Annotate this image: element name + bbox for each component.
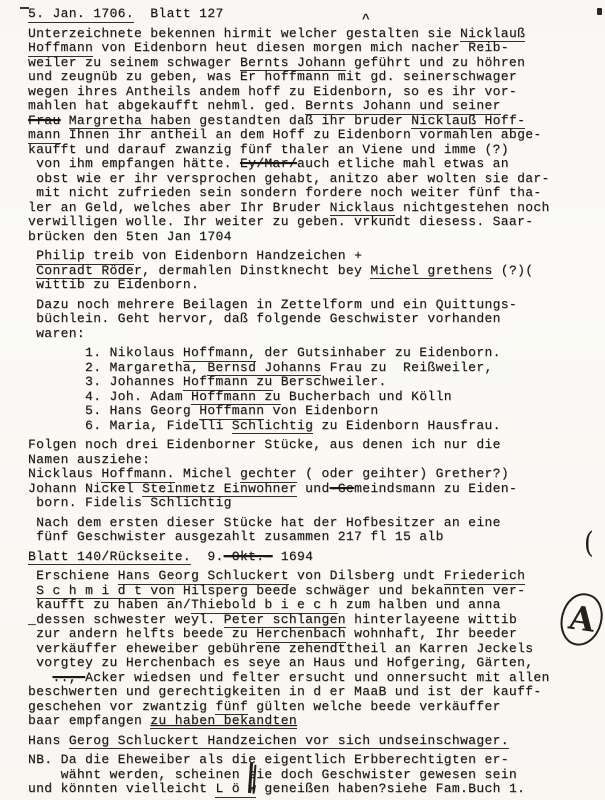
paragraph-nb: NB. Da die Eheweiber als die eigentlich … (28, 753, 599, 797)
text-line: NB. Da die Eheweiber als die eigentlich … (28, 753, 599, 768)
signature-line: Hans Gerog Schluckert Handzeichen vor si… (28, 734, 599, 749)
text-line: kaufft und darauf zwanzig fünf thaler an… (28, 143, 599, 158)
list-item: 1. Nikolaus Hoffmann, der Gutsinhaber zu… (28, 346, 599, 361)
entry-header-1706: 5. Jan. 1706. Blatt 127 (28, 7, 599, 22)
text-line: obst wie er ihr versprochen gehabt, anit… (28, 172, 599, 187)
text-line: Blatt 140/Rückseite. 9.—Okt.— 1694 (28, 550, 599, 565)
list-item: 6. Maria, Fidelli Schlichtig zu Eidenbor… (28, 419, 599, 434)
text-line: weiler zu seinem schwager Bernts Johann … (28, 56, 599, 71)
text-line: büchlein. Geht hervor, daß folgende Gesc… (28, 312, 599, 327)
text-line: brücken den 5ten Jan 1704 (28, 230, 599, 245)
text-line: Hans Gerog Schluckert Handzeichen vor si… (28, 734, 599, 749)
text-line: kaufft zu haben an/Thiebold b i e c h zu… (28, 598, 599, 613)
text-line: Hoffmann von Eidenborn heut diesen morge… (28, 41, 599, 56)
text-line: ler an Geld, welches aber Ihr Bruder Nic… (28, 201, 599, 216)
text-line: 5. Jan. 1706. Blatt 127 (28, 7, 599, 22)
scanned-page: ^ 5. Jan. 1706. Blatt 127Unterzeichnete … (0, 0, 605, 800)
entry-header-1694: Blatt 140/Rückseite. 9.—Okt.— 1694 (28, 550, 599, 565)
text-line: mit nicht zufrieden sein sondern fordere… (28, 186, 599, 201)
margin-paren-mark: ( (584, 526, 594, 559)
text-line: Johann Nickel Steinmetz Einwohner und-Ge… (28, 482, 599, 497)
text-line: mahlen hat abgekaufft nehml. ged. Bernts… (28, 99, 599, 114)
paragraph-testimony-1704: Unterzeichnete bekennen hirmit welcher g… (28, 27, 599, 245)
text-line: Nach dem ersten dieser Stücke hat der Ho… (28, 516, 599, 531)
text-line: Unterzeichnete bekennen hirmit welcher g… (28, 27, 599, 42)
paragraph-auszahlung: Nach dem ersten dieser Stücke hat der Ho… (28, 516, 599, 545)
paragraph-verkauf: Erschiene Hans Georg Schluckert von Dils… (28, 569, 599, 729)
text-line: beschwerten und gerechtigkeiten in d er … (28, 685, 599, 700)
text-line: verkäuffer eheweiber gebührene zehendtth… (28, 642, 599, 657)
text-line: mann Ihnen ihr antheil an dem Hoff zu Ei… (28, 128, 599, 143)
text-line: S c h m i d t von Hilsperg beede schwäge… (28, 584, 599, 599)
text-line: zur andern helfts beede zu Herchenbach w… (28, 627, 599, 642)
text-line: Frau Margretha haben gestandten daß ihr … (28, 114, 599, 129)
text-line: Philip treib von Eidenborn Handzeichen + (28, 249, 599, 264)
list-item: 3. Johannes Hoffmann zu Berschweiler. (28, 375, 599, 390)
text-line: baar empfangen zu haben bekandten (28, 714, 599, 729)
list-item: 2. Margaretha, Bernsd Johanns Frau zu Re… (28, 361, 599, 376)
paragraph-stuecke: Folgen noch drei Eidenborner Stücke, aus… (28, 438, 599, 511)
text-line: Dazu noch mehrere Beilagen in Zettelform… (28, 298, 599, 313)
paragraph-beilagen: Dazu noch mehrere Beilagen in Zettelform… (28, 298, 599, 342)
signature-block: Philip treib von Eidenborn Handzeichen +… (28, 249, 599, 293)
text-line: wittib zu Eidenborn. (28, 278, 599, 293)
siblings-list: 1. Nikolaus Hoffmann, der Gutsinhaber zu… (28, 346, 599, 433)
text-line: wegen ihres Antheils andem hoff zu Eiden… (28, 85, 599, 100)
list-item: 4. Joh. Adam Hoffmann zu Bucherbach und … (28, 390, 599, 405)
text-line: verwilligen wolle. Ihr weiter zu geben. … (28, 215, 599, 230)
text-line: fünf Geschwister ausgezahlt zusammen 217… (28, 530, 599, 545)
text-line: waren: (28, 327, 599, 342)
text-line: und zeugnüb zu geben, was Er hoffmann mi… (28, 70, 599, 85)
text-line: geschehen vor zwantzig fünf gülten welch… (28, 700, 599, 715)
text-line: Folgen noch drei Eidenborner Stücke, aus… (28, 438, 599, 453)
text-line: wähnt werden, scheinen sie doch Geschwis… (28, 768, 599, 783)
document-body: 5. Jan. 1706. Blatt 127Unterzeichnete be… (28, 7, 599, 797)
text-line: .., Acker wiedsen und felter ersucht und… (28, 671, 599, 686)
text-line: Erschiene Hans Georg Schluckert von Dils… (28, 569, 599, 584)
text-line: _dessen schwester weyl. Peter schlangen … (28, 613, 599, 628)
text-line: Conradt Röder, dermahlen Dinstknecht bey… (28, 264, 599, 279)
text-line: und könnten vielleicht L ö w geneißen ha… (28, 782, 599, 797)
text-line: born. Fidelis Schlichtig (28, 496, 599, 511)
text-line: Nicklaus Hoffmann. Michel gechter ( oder… (28, 467, 599, 482)
text-line: Namen ausziehe: (28, 453, 599, 468)
circled-letter: A (567, 600, 597, 636)
list-item: 5. Hans Georg Hoffmann von Eidenborn (28, 404, 599, 419)
text-line: von ihm empfangen hätte. Ey/Mar/auch etl… (28, 157, 599, 172)
text-line: vorgtey zu Herchenbach es seye an Haus u… (28, 656, 599, 671)
